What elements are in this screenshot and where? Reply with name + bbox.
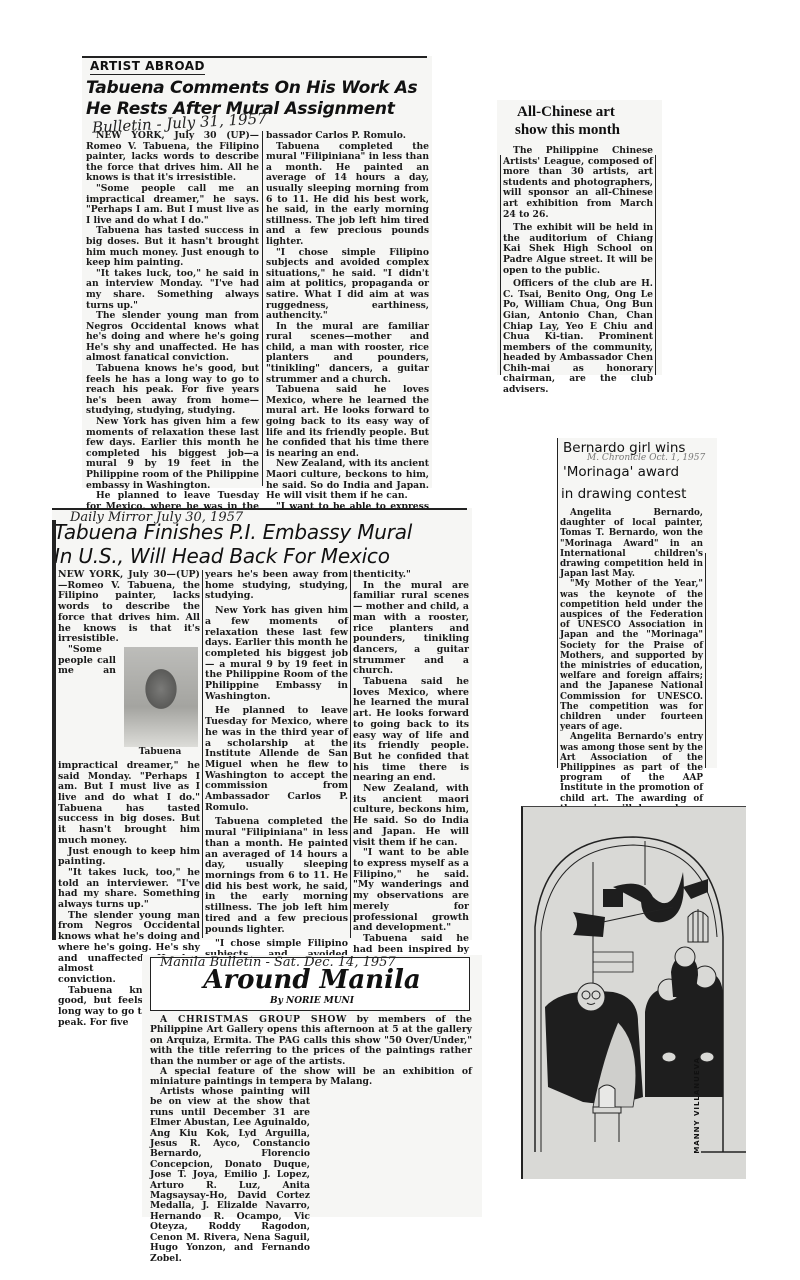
paragraph: "I chose simple Filipino subjects and av… bbox=[266, 248, 429, 322]
paragraph: Tabuena knows he's good, but feels he ha… bbox=[86, 364, 259, 417]
paragraph: Tabuena has tasted success in big doses.… bbox=[86, 226, 259, 268]
right-rule bbox=[705, 553, 706, 768]
clipping-embassy-mural: Daily Mirror July 30, 1957 Tabuena Finis… bbox=[52, 508, 472, 940]
paragraph: The Philippine Chinese Artists' League, … bbox=[503, 146, 653, 220]
paragraph: The exhibit will be held in the auditori… bbox=[503, 223, 653, 276]
paragraph: "My Mother of the Year," was the keynote… bbox=[560, 579, 703, 732]
paragraph: "It takes luck, too," he said in an inte… bbox=[86, 269, 259, 311]
photo-caption: Tabuena bbox=[120, 747, 200, 758]
article-body-narrow: Artists whose painting will be on view a… bbox=[150, 1087, 310, 1264]
left-edge-shadow bbox=[52, 520, 56, 940]
column-rule bbox=[350, 570, 351, 938]
paragraph: New York has given him a few moments of … bbox=[205, 606, 348, 702]
paragraph: A special feature of the show will be an… bbox=[150, 1067, 472, 1088]
paragraph: NEW YORK, July 30—(UP)—Romeo V. Tabuena,… bbox=[58, 570, 200, 645]
headline-line-1: Tabuena Comments On His Work As bbox=[86, 78, 417, 98]
paragraph: NEW YORK, July 30 (UP)—Romeo V. Tabuena,… bbox=[86, 131, 259, 184]
clipping-artist-abroad: ARTIST ABROAD Tabuena Comments On His Wo… bbox=[82, 56, 432, 488]
paragraph: Tabuena completed the mural "Filipiniana… bbox=[205, 817, 348, 935]
headline-line-2: 'Morinaga' award bbox=[563, 464, 679, 480]
byline: By NORIE MUNI bbox=[142, 996, 482, 1006]
paragraph: In the mural are familiar rural scenes—m… bbox=[266, 322, 429, 386]
column-rule bbox=[262, 131, 263, 486]
paragraph: bassador Carlos P. Romulo. bbox=[266, 131, 429, 142]
paragraph: Tabuena said he loves Mexico, where he l… bbox=[266, 385, 429, 459]
paragraph: Tabuena completed the mural "Filipiniana… bbox=[266, 142, 429, 248]
lead-caps: A CHRISTMAS GROUP SHOW bbox=[160, 1014, 347, 1025]
column-rule bbox=[202, 570, 203, 938]
top-rule bbox=[82, 56, 427, 58]
paragraph: years he's been away from home studying,… bbox=[205, 570, 348, 602]
article-body: The Philippine Chinese Artists' League, … bbox=[503, 146, 653, 396]
left-rule bbox=[557, 438, 558, 768]
paragraph: In the mural are familiar rural scenes —… bbox=[353, 581, 469, 677]
paragraph: He planned to leave Tuesday for Mexico, … bbox=[205, 706, 348, 813]
paragraph: Tabuena said he loves Mexico, where he l… bbox=[353, 677, 469, 784]
paragraph: New Zealand, with its ancient maori cult… bbox=[353, 784, 469, 848]
paragraph: "Some people call me an impractical drea… bbox=[86, 184, 259, 226]
paragraph: Artists whose painting will be on view a… bbox=[150, 1087, 310, 1264]
paragraph: Just enough to keep him painting. bbox=[58, 847, 200, 868]
paragraph: New York has given him a few moments of … bbox=[86, 417, 259, 491]
headline-line-2: In U.S., Will Head Back For Mexico bbox=[54, 544, 390, 568]
clipping-around-manila: Manila Bulletin - Sat. Dec. 14, 1957 Aro… bbox=[142, 955, 482, 1217]
headline-line-3: in drawing contest bbox=[561, 486, 686, 502]
article-body-wide: A CHRISTMAS GROUP SHOW by members of the… bbox=[150, 1015, 472, 1088]
paragraph: "It takes luck, too," he told an intervi… bbox=[58, 868, 200, 911]
clipping-all-chinese-art-show: All-Chinese art show this month The Phil… bbox=[497, 100, 662, 375]
friars-cartoon-illustration bbox=[523, 807, 746, 1179]
paragraph: Angelita Bernardo, daughter of local pai… bbox=[560, 508, 703, 579]
right-rule bbox=[655, 155, 656, 375]
paragraph: New Zealand, with its ancient Maori cult… bbox=[266, 459, 429, 501]
masthead-title: Around Manila bbox=[142, 965, 482, 995]
paragraph: The slender young man from Negros Occide… bbox=[86, 311, 259, 364]
clipping-cartoon: MANNY VILLANUEVA bbox=[521, 806, 746, 1179]
headline-line-1: All-Chinese art bbox=[517, 104, 615, 121]
article-body: Angelita Bernardo, daughter of local pai… bbox=[560, 508, 703, 845]
headline-line-1: Tabuena Finishes P.I. Embassy Mural bbox=[54, 520, 412, 544]
article-column-1: NEW YORK, July 30 (UP)—Romeo V. Tabuena,… bbox=[86, 131, 259, 555]
left-rule bbox=[500, 155, 501, 375]
paragraph: Officers of the club are H. C. Tsai, Ben… bbox=[503, 279, 653, 396]
portrait-photo bbox=[124, 647, 198, 747]
photo-float: Tabuena bbox=[120, 647, 200, 759]
headline-line-2: show this month bbox=[515, 122, 620, 139]
paragraph: A CHRISTMAS GROUP SHOW by members of the… bbox=[150, 1015, 472, 1067]
handwritten-note: M. Chronicle Oct. 1, 1957 bbox=[587, 453, 705, 463]
paragraph: "I want to be able to express myself as … bbox=[353, 848, 469, 934]
clipping-bernardo-morinaga-award: Bernardo girl wins M. Chronicle Oct. 1, … bbox=[557, 438, 717, 768]
kicker: ARTIST ABROAD bbox=[90, 59, 205, 75]
artist-signature: MANNY VILLANUEVA bbox=[693, 1057, 701, 1154]
